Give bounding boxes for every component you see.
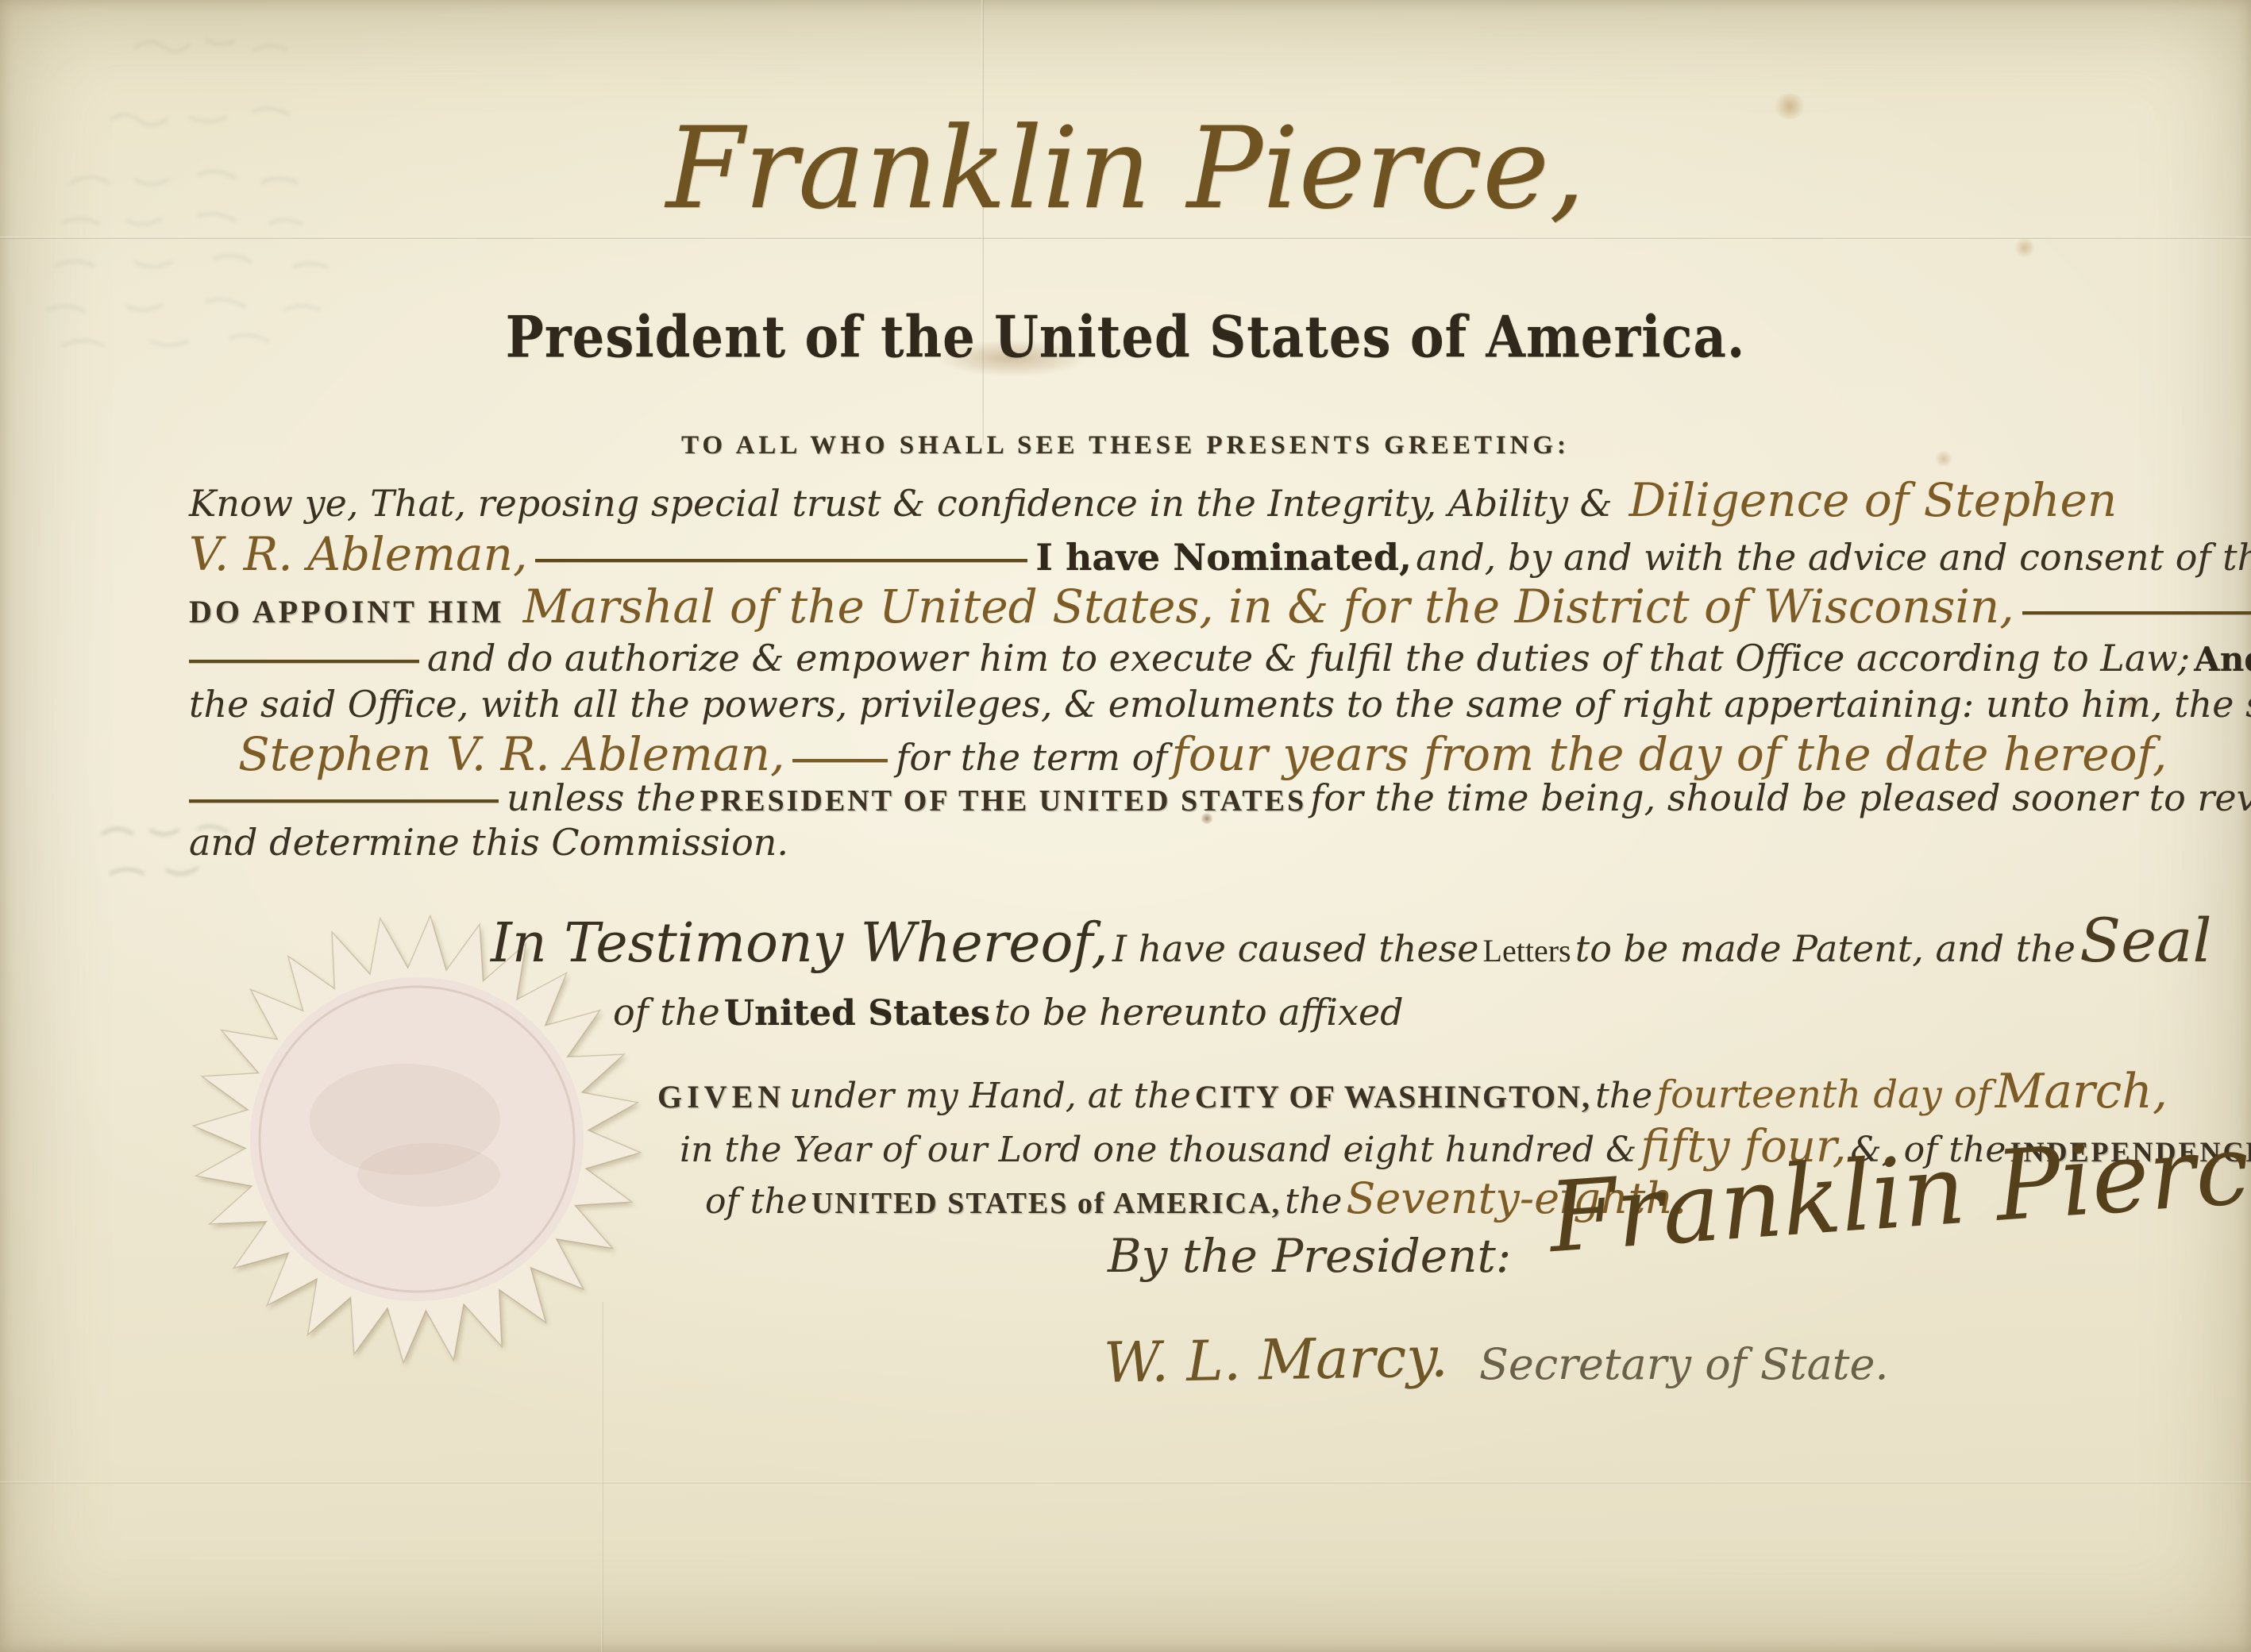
engraved-script-large: Seal	[2079, 905, 2212, 976]
handwritten-text: V. R. Ableman,	[189, 527, 527, 581]
document-title: Franklin Pierce,	[666, 103, 1586, 234]
engraved-blackletter: United States	[724, 993, 990, 1034]
engraved-text: for the time being, should be pleased so…	[1310, 776, 2251, 819]
engraved-text: the	[1595, 1076, 1652, 1116]
secretary-signature-line: W. L. Marcy. Secretary of State.	[1104, 1327, 1889, 1392]
foxing-stain	[2014, 238, 2036, 257]
testimony-line-1: In Testimony Whereof, I have caused thes…	[491, 905, 2212, 976]
blank-fill-rule	[535, 559, 1027, 562]
engraved-script-large: In Testimony Whereof,	[491, 912, 1108, 975]
body-line-8: and determine this Commission.	[189, 821, 788, 873]
engraved-text: and do authorize & empower him to execut…	[427, 637, 2190, 680]
horizontal-fold-crease	[0, 1481, 2251, 1484]
engraved-caps: CITY OF WASHINGTON,	[1195, 1079, 1591, 1115]
handwritten-text: March,	[1995, 1064, 2168, 1119]
engraved-text: and, by and with the advice and consent …	[1416, 536, 2251, 579]
body-line-2: V. R. Ableman,I have Nominated, and, by …	[189, 527, 2251, 580]
body-line-3: DO APPOINT HIM Marshal of the United Sta…	[189, 580, 2251, 632]
dated-line-3: of the UNITED STATES of AMERICA, the Sev…	[705, 1173, 1686, 1223]
engraved-blackletter: And to have and to hold	[2194, 640, 2251, 679]
body-line-4: and do authorize & empower him to execut…	[189, 637, 2251, 689]
engraved-text: and determine this Commission.	[189, 821, 788, 864]
engraved-text: under my Hand, at the	[789, 1076, 1191, 1116]
engraved-text: By the President:	[1108, 1229, 1511, 1283]
engraved-text: of the	[613, 991, 720, 1034]
handwritten-text: Diligence of Stephen	[1629, 473, 2118, 527]
handwritten-text: Marshal of the United States, in & for t…	[523, 580, 2014, 633]
embossed-paper-seal	[191, 913, 643, 1365]
engraved-text: to be hereunto affixed	[994, 991, 1404, 1034]
blank-fill-rule	[2022, 611, 2251, 614]
document-subtitle: President of the United States of Americ…	[506, 305, 1746, 372]
body-line-6: Stephen V. R. Ableman,for the term of fo…	[238, 727, 2167, 780]
secretary-signature: W. L. Marcy.	[1103, 1324, 1448, 1396]
engraved-caps: UNITED STATES of AMERICA,	[811, 1187, 1281, 1220]
engraved-text: in the Year of our Lord one thousand eig…	[680, 1130, 1636, 1170]
testimony-line-2: of the United States to be hereunto affi…	[613, 991, 1404, 1034]
handwritten-text: four years from the day of the date here…	[1171, 727, 2167, 781]
salutation-line: TO ALL WHO SHALL SEE THESE PRESENTS GREE…	[681, 431, 1570, 460]
handwritten-text: Stephen V. R. Ableman,	[238, 727, 784, 781]
engraved-caps: GIVEN	[657, 1079, 785, 1115]
engraved-text: I have caused these	[1112, 927, 1479, 970]
blank-fill-rule	[189, 660, 419, 663]
engraved-text: to be made Patent, and the	[1575, 927, 2076, 970]
secretary-title: Secretary of State.	[1479, 1339, 1889, 1389]
engraved-text: for the term of	[896, 736, 1167, 779]
handwritten-text: fourteenth day of	[1656, 1072, 1991, 1117]
engraved-caps: PRESIDENT OF THE UNITED STATES	[700, 784, 1306, 818]
dated-line-1: GIVEN under my Hand, at the CITY OF WASH…	[657, 1064, 2168, 1119]
blank-fill-rule	[189, 799, 499, 803]
engraved-text: the said Office, with all the powers, pr…	[189, 683, 2251, 726]
body-line-1: Know ye, That, reposing special trust & …	[189, 473, 2117, 526]
engraved-roman: Letters	[1483, 933, 1571, 968]
engraved-text: the	[1285, 1181, 1342, 1222]
engraved-blackletter: I have Nominated,	[1035, 536, 1412, 579]
engraved-caps: DO APPOINT HIM	[189, 594, 505, 630]
engraved-text: unless the	[507, 776, 696, 819]
commission-document: Franklin Pierce, President of the United…	[0, 0, 2251, 1652]
by-the-president-line: By the President:	[1108, 1229, 1511, 1283]
engraved-text: of the	[705, 1181, 808, 1222]
engraved-text: Know ye, That, reposing special trust & …	[189, 482, 1613, 525]
blank-fill-rule	[792, 759, 888, 762]
